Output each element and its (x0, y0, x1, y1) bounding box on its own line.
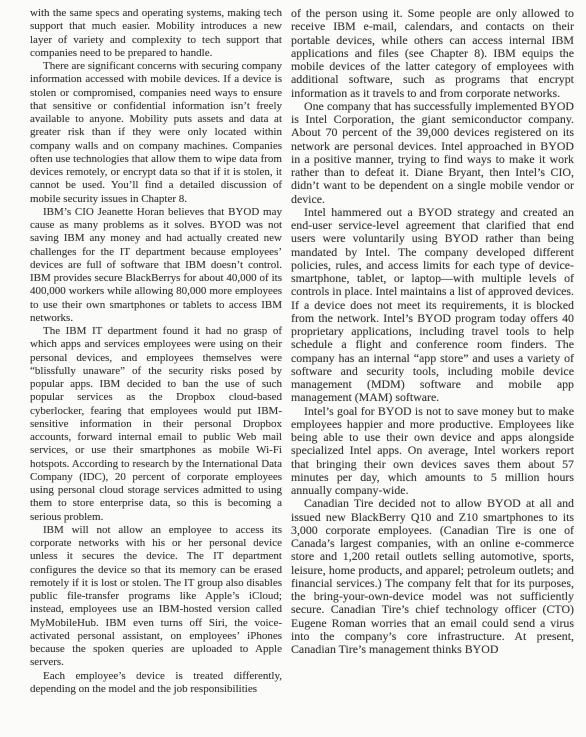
paragraph: One company that has successfully implem… (291, 100, 574, 206)
text-column-right: of the person using it. Some people are … (291, 7, 574, 737)
scanned-book-page: { "document": { "columns": [ { "name": "… (0, 0, 586, 737)
paragraph: Canadian Tire decided not to allow BYOD … (291, 497, 574, 656)
paragraph: The IBM IT department found it had no gr… (30, 325, 282, 524)
paragraph: Intel’s goal for BYOD is not to save mon… (291, 405, 574, 498)
text-column-left: with the same specs and operating system… (30, 7, 282, 737)
paragraph: There are significant concerns with secu… (30, 60, 282, 206)
paragraph: Intel hammered out a BYOD strategy and c… (291, 206, 574, 405)
paragraph: Each employee’s device is treated differ… (30, 670, 282, 697)
paragraph-continuation: with the same specs and operating system… (30, 7, 282, 60)
book-page: with the same specs and operating system… (0, 0, 586, 737)
paragraph: IBM’s CIO Jeanette Horan believes that B… (30, 206, 282, 325)
paragraph-continuation: of the person using it. Some people are … (291, 7, 574, 100)
paragraph: IBM will not allow an employee to access… (30, 524, 282, 670)
